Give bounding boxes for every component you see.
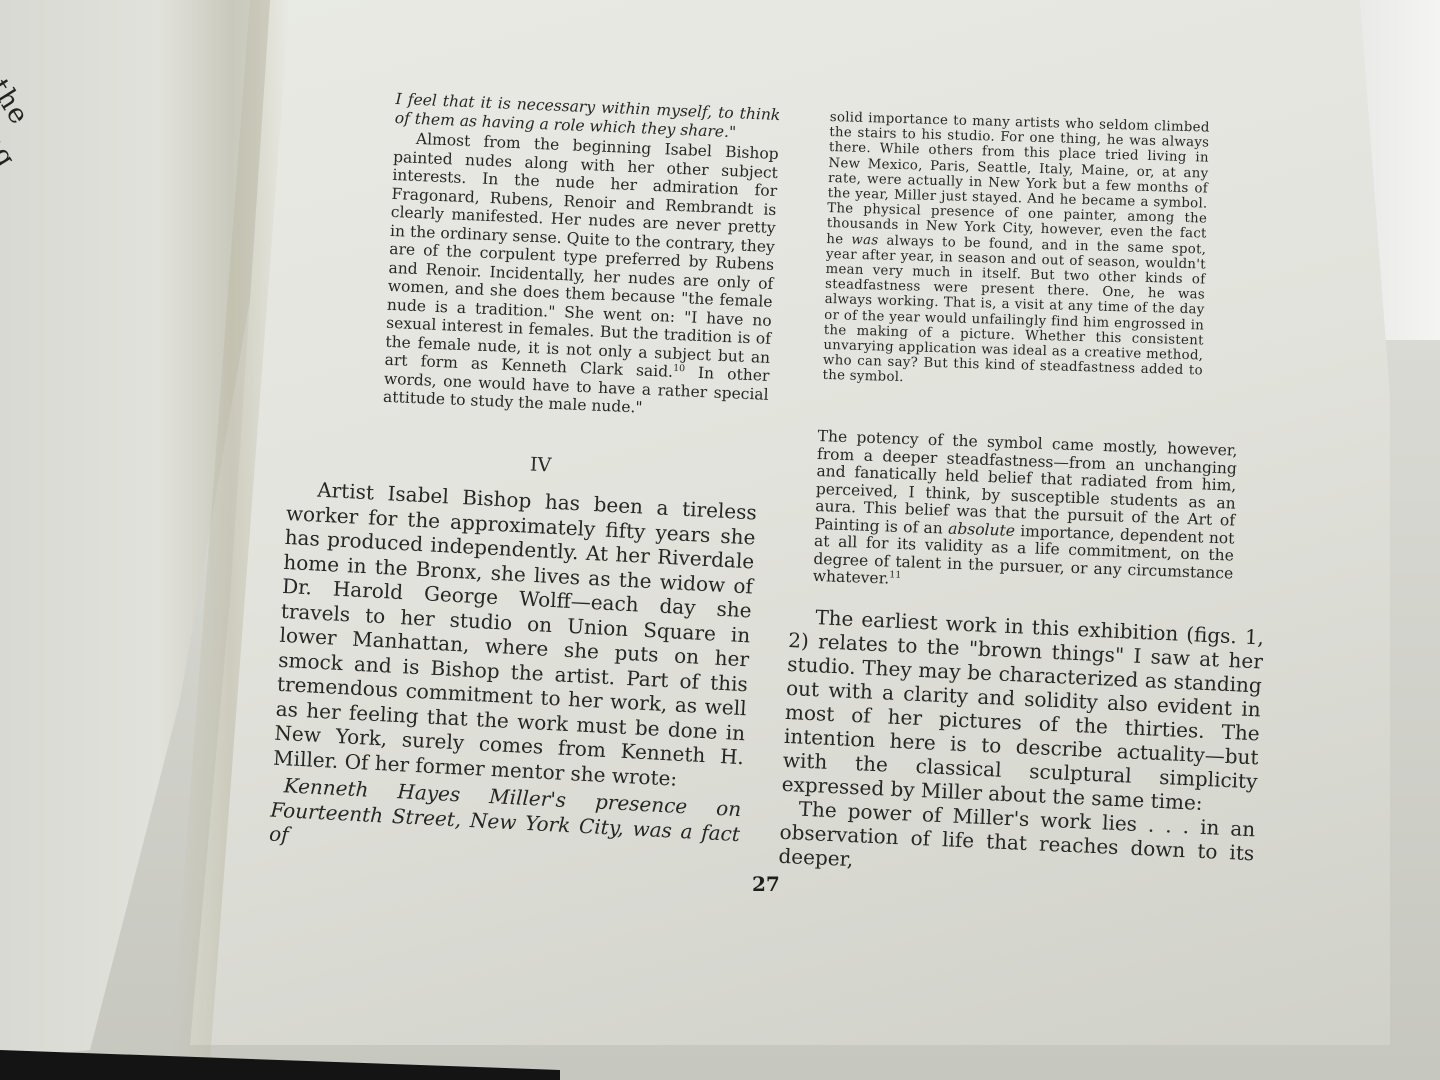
paragraph-artist: Artist Isabel Bishop has been a tireless…: [273, 476, 758, 794]
section-heading: IV: [530, 454, 552, 477]
right-column-quote-b: The potency of the symbol came mostly, h…: [813, 428, 1238, 600]
right-column-bottom: The earliest work in this exhibition (fi…: [778, 604, 1264, 889]
page-number: 27: [752, 872, 780, 896]
footnote-ref: 11: [889, 569, 901, 580]
right-column-quote-a: solid importance to many artists who sel…: [822, 110, 1209, 394]
paragraph-nudes: Almost from the beginning Isabel Bishop …: [383, 129, 779, 422]
paragraph-earliest-work: The earliest work in this exhibition (fi…: [781, 604, 1264, 817]
left-column-top: I feel that it is necessary within mysel…: [383, 90, 781, 422]
left-column-bottom: Artist Isabel Bishop has been a tireless…: [269, 476, 758, 871]
